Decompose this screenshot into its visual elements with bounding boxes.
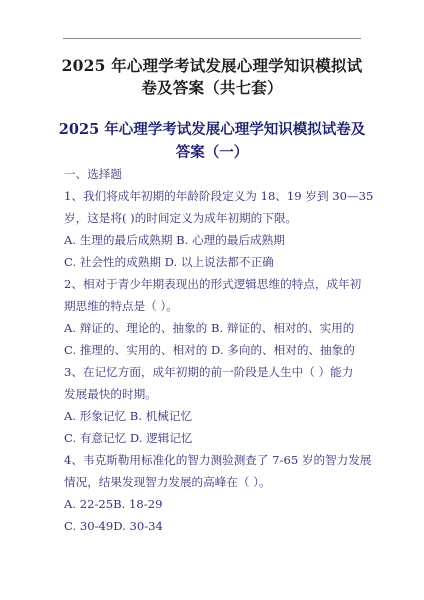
question-options-line: A. 辩证的、理论的、抽象的 B. 辩证的、相对的、实用的 [64, 317, 364, 339]
question-stem-line: 岁，这是将( )的时间定义为成年初期的下限。 [64, 207, 364, 229]
set-title-line: 2025 年心理学考试发展心理学知识模拟试卷及 [50, 118, 374, 141]
question-options-line: A. 生理的最后成熟期 B. 心理的最后成熟期 [64, 229, 364, 251]
question-options-line: C. 30-49D. 30-34 [64, 515, 364, 537]
question-stem-line: 2、相对于青少年期表现出的形式逻辑思维的特点，成年初 [64, 273, 364, 295]
question-3: 3、在记忆方面，成年初期的前一阶段是人生中（ ）能力 发展最快的时期。 A. 形… [64, 361, 364, 449]
document-title-line: 2025 年心理学考试发展心理学知识模拟试 [50, 55, 374, 77]
document-title: 2025 年心理学考试发展心理学知识模拟试 卷及答案（共七套） [50, 55, 374, 99]
question-options-line: A. 形象记忆 B. 机械记忆 [64, 405, 364, 427]
document-body: 一、选择题 1、我们将成年初期的年龄阶段定义为 18、19 岁到 30—35 岁… [64, 163, 364, 537]
question-options-line: C. 推理的、实用的、相对的 D. 多向的、相对的、抽象的 [64, 339, 364, 361]
document-page: 2025 年心理学考试发展心理学知识模拟试 卷及答案（共七套） 2025 年心理… [0, 0, 424, 600]
question-stem-line: 期思维的特点是（ ）。 [64, 295, 364, 317]
question-options-line: A. 22-25B. 18-29 [64, 493, 364, 515]
section-heading: 一、选择题 [64, 163, 364, 185]
set-title: 2025 年心理学考试发展心理学知识模拟试卷及 答案（一） [50, 118, 374, 164]
question-2: 2、相对于青少年期表现出的形式逻辑思维的特点，成年初 期思维的特点是（ ）。 A… [64, 273, 364, 361]
question-options-line: C. 社会性的成熟期 D. 以上说法都不正确 [64, 251, 364, 273]
question-stem-line: 1、我们将成年初期的年龄阶段定义为 18、19 岁到 30—35 [64, 185, 364, 207]
document-title-line: 卷及答案（共七套） [50, 77, 374, 99]
question-stem-line: 3、在记忆方面，成年初期的前一阶段是人生中（ ）能力 [64, 361, 364, 383]
question-stem-line: 情况，结果发现智力发展的高峰在（ ）。 [64, 471, 364, 493]
question-4: 4、韦克斯勒用标准化的智力测验测查了 7-65 岁的智力发展 情况，结果发现智力… [64, 449, 364, 537]
question-1: 1、我们将成年初期的年龄阶段定义为 18、19 岁到 30—35 岁，这是将( … [64, 185, 364, 273]
question-stem-line: 4、韦克斯勒用标准化的智力测验测查了 7-65 岁的智力发展 [64, 449, 364, 471]
header-rule [63, 38, 361, 39]
set-title-line: 答案（一） [50, 141, 374, 164]
question-stem-line: 发展最快的时期。 [64, 383, 364, 405]
question-options-line: C. 有意记忆 D. 逻辑记忆 [64, 427, 364, 449]
